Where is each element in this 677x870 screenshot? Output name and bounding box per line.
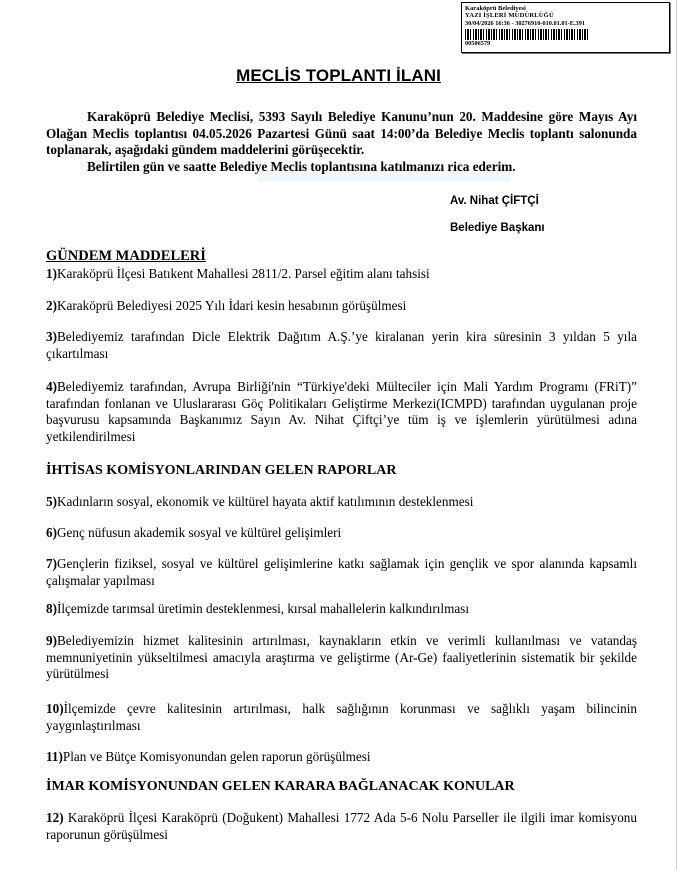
agenda-item: 6)Genç nüfusun akademik sosyal ve kültür… xyxy=(46,525,637,542)
item-number: 9) xyxy=(46,633,57,648)
agenda-item: 4)Belediyemiz tarafından, Avrupa Birliği… xyxy=(46,379,637,445)
stamp-org: Karaköprü Belediyesi xyxy=(465,5,666,12)
stamp-barcode-number: 00506579 xyxy=(465,40,666,48)
signatory-name: Av. Nihat ÇİFTÇİ xyxy=(450,195,539,207)
agenda-item: 5)Kadınların sosyal, ekonomik ve kültüre… xyxy=(46,494,637,511)
item-number: 2) xyxy=(46,298,57,313)
item-text: İlçemizde çevre kalitesinin artırılması,… xyxy=(46,701,637,733)
item-text: Karaköprü İlçesi Batıkent Mahallesi 2811… xyxy=(57,266,430,281)
item-number: 11) xyxy=(46,749,63,764)
agenda-item: 9)Belediyemizin hizmet kalitesinin artır… xyxy=(46,633,637,683)
intro-text: Karaköprü Belediye Meclisi, 5393 Sayılı … xyxy=(46,109,637,175)
signatory-title: Belediye Başkanı xyxy=(450,222,545,234)
item-number: 5) xyxy=(46,494,57,509)
item-text: Plan ve Bütçe Komisyonundan gelen raporu… xyxy=(63,749,371,764)
stamp-department: YAZI İŞLERİ MÜDÜRLÜĞÜ xyxy=(465,12,666,19)
item-text: Karaköprü Belediyesi 2025 Yılı İdari kes… xyxy=(57,298,406,313)
item-text: Belediyemiz tarafından Dicle Elektrik Da… xyxy=(46,329,637,361)
item-number: 3) xyxy=(46,329,57,344)
agenda-item: 2)Karaköprü Belediyesi 2025 Yılı İdari k… xyxy=(46,298,637,315)
item-number: 4) xyxy=(46,379,57,394)
item-number: 1) xyxy=(46,266,57,281)
item-number: 6) xyxy=(46,525,57,540)
agenda-item: 12) Karaköprü İlçesi Karaköprü (Doğukent… xyxy=(46,810,637,843)
registry-stamp: Karaköprü Belediyesi YAZI İŞLERİ MÜDÜRLÜ… xyxy=(461,2,670,53)
item-text: Belediyemizin hizmet kalitesinin artırıl… xyxy=(46,633,637,681)
item-text: Genç nüfusun akademik sosyal ve kültürel… xyxy=(57,525,341,540)
item-text: Kadınların sosyal, ekonomik ve kültürel … xyxy=(57,494,473,509)
barcode-icon xyxy=(465,29,589,40)
intro-paragraph-2: Belirtilen gün ve saatte Belediye Meclis… xyxy=(46,159,637,176)
section-heading-zoning: İMAR KOMİSYONUNDAN GELEN KARARA BAĞLANAC… xyxy=(46,779,515,795)
agenda-item: 7)Gençlerin fiziksel, sosyal ve kültürel… xyxy=(46,556,637,589)
document-title: MECLİS TOPLANTI İLANI xyxy=(0,66,677,86)
item-number: 7) xyxy=(46,556,57,571)
item-number: 12) xyxy=(46,810,64,825)
agenda-item: 8)İlçemizde tarımsal üretimin desteklenm… xyxy=(46,601,637,618)
agenda-item: 3)Belediyemiz tarafından Dicle Elektrik … xyxy=(46,329,637,362)
section-heading-specialist-reports: İHTİSAS KOMİSYONLARINDAN GELEN RAPORLAR xyxy=(46,463,396,479)
agenda-item: 11)Plan ve Bütçe Komisyonundan gelen rap… xyxy=(46,749,637,766)
agenda-item: 1)Karaköprü İlçesi Batıkent Mahallesi 28… xyxy=(46,266,637,283)
item-number: 8) xyxy=(46,601,57,616)
item-text: İlçemizde tarımsal üretimin desteklenmes… xyxy=(57,601,469,616)
section-heading-agenda: GÜNDEM MADDELERİ xyxy=(46,248,206,265)
item-text: Belediyemiz tarafından, Avrupa Birliği'n… xyxy=(46,379,637,444)
stamp-datetime-ref: 30/04/2026 16:36 - 30276910-010.01.01-E.… xyxy=(465,20,666,28)
item-text: Gençlerin fiziksel, sosyal ve kültürel g… xyxy=(46,556,637,588)
agenda-item: 10)İlçemizde çevre kalitesinin artırılma… xyxy=(46,701,637,734)
intro-paragraph-1: Karaköprü Belediye Meclisi, 5393 Sayılı … xyxy=(46,109,637,159)
item-text: Karaköprü İlçesi Karaköprü (Doğukent) Ma… xyxy=(46,810,637,842)
item-number: 10) xyxy=(46,701,64,716)
